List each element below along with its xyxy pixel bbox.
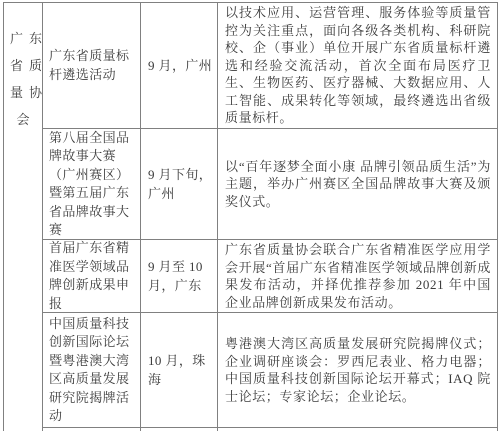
- schedule-text-row1: 9 月，广州: [148, 56, 214, 75]
- schedule-cell-row4: 10 月，珠海: [141, 313, 218, 428]
- description-cell-row2: 以“百年逐梦全面小康 品牌引领品质生活”为主题，举办广州赛区全国品牌故事大赛及颁…: [218, 129, 498, 240]
- org-name-line-2: 省质: [4, 52, 42, 79]
- activity-cell-row4: 中国质量科技创新国际论坛暨粤港澳大湾区高质量发展研究院揭牌活动: [43, 313, 141, 428]
- event-schedule-table: 广东 省质 量协 会 广东省质量标杆遴选活动 9 月，广州 以技术应用、运营管理…: [3, 2, 498, 431]
- activity-text-row4: 中国质量科技创新国际论坛暨粤港澳大湾区高质量发展研究院揭牌活动: [49, 315, 136, 426]
- org-name-line-4: 会: [4, 106, 42, 133]
- description-cell-row1: 以技术应用、运营管理、服务体验等质量管控为关注重点，面向各级各类机构、科研院校、…: [218, 3, 498, 129]
- org-name-line-1: 广东: [4, 25, 42, 52]
- schedule-text-row3: 9 月至 10 月，广东: [148, 257, 214, 295]
- activity-text-row1: 广东省质量标杆遴选活动: [49, 47, 136, 84]
- description-cell-row4: 粤港澳大湾区高质量发展研究院揭牌仪式；企业调研座谈会：罗西尼表业、格力电器；中国…: [218, 313, 498, 428]
- activity-cell-row1: 广东省质量标杆遴选活动: [43, 3, 141, 129]
- activity-cell-row3: 首届广东省精准医学领域品牌创新成果申报: [43, 240, 141, 313]
- schedule-cell-row1: 9 月，广州: [141, 3, 218, 129]
- org-name-line-3: 量协: [4, 79, 42, 106]
- description-text-row4: 粤港澳大湾区高质量发展研究院揭牌仪式；企业调研座谈会：罗西尼表业、格力电器；中国…: [225, 335, 491, 405]
- schedule-text-row2: 9 月下旬，广州: [148, 165, 214, 203]
- activity-text-row3: 首届广东省精准医学领域品牌创新成果申报: [49, 240, 136, 313]
- schedule-cell-row3: 9 月至 10 月，广东: [141, 240, 218, 313]
- description-text-row1: 以技术应用、运营管理、服务体验等质量管控为关注重点，面向各级各类机构、科研院校、…: [225, 4, 491, 127]
- description-cell-row3: 广东省质量协会联合广东省精准医学应用学会开展“首届广东省精准医学领域品牌创新成果…: [218, 240, 498, 313]
- description-text-row2: 以“百年逐梦全面小康 品牌引领品质生活”为主题，举办广州赛区全国品牌故事大赛及颁…: [225, 158, 491, 211]
- schedule-cell-row2: 9 月下旬，广州: [141, 129, 218, 240]
- activity-text-row2: 第八届全国品牌故事大赛（广州赛区）暨第五届广东省品牌故事大赛: [49, 129, 136, 240]
- activity-cell-row2: 第八届全国品牌故事大赛（广州赛区）暨第五届广东省品牌故事大赛: [43, 129, 141, 240]
- org-name-cell: 广东 省质 量协 会: [4, 3, 43, 431]
- schedule-text-row4: 10 月，珠海: [148, 351, 214, 389]
- description-text-row3: 广东省质量协会联合广东省精准医学应用学会开展“首届广东省精准医学领域品牌创新成果…: [225, 241, 491, 311]
